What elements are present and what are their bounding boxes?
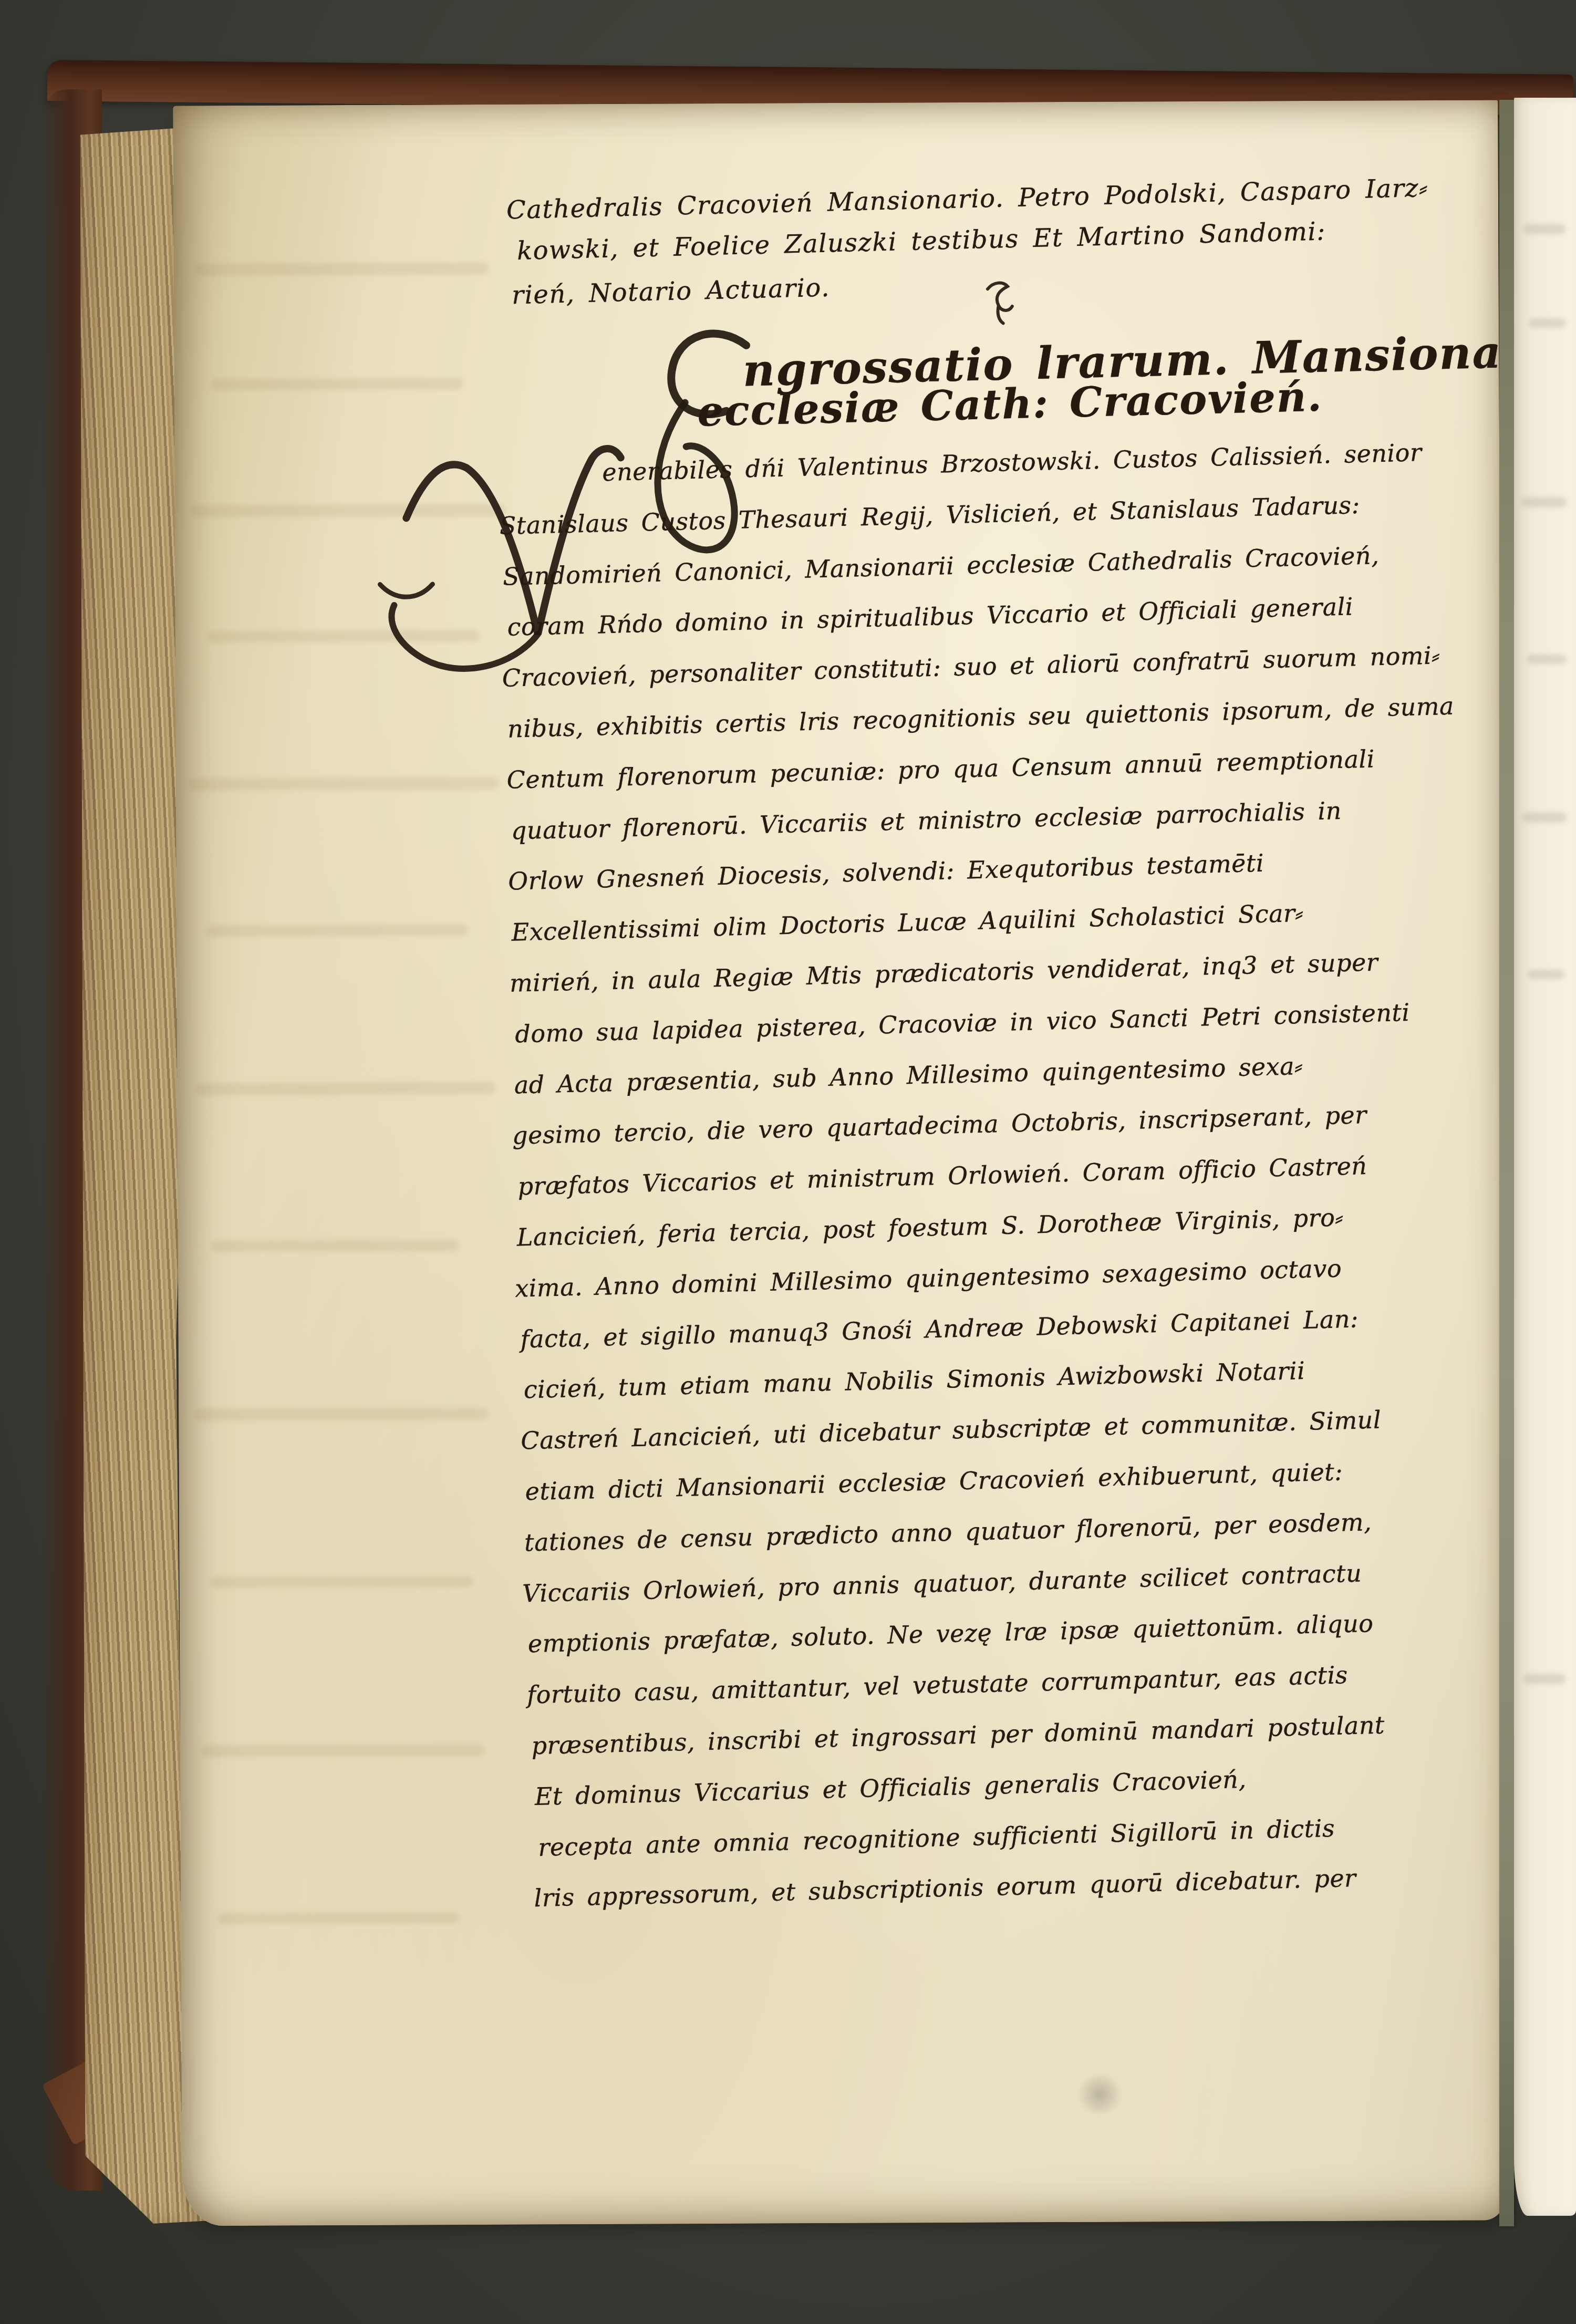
photo-of-open-manuscript-book: { "document": { "kind": "handwritten man…: [0, 0, 1576, 2324]
body-line: domo sua lapidea pisterea, Cracoviæ in v…: [515, 1000, 1410, 1046]
body-line: ad Acta præsentia, sub Anno Millesimo qu…: [514, 1054, 1303, 1097]
next-page-sliver: [1514, 98, 1576, 2216]
body-line: tationes de censu prædicto anno quatuor …: [524, 1510, 1372, 1554]
body-line: Centum florenorum pecuniæ: pro qua Censu…: [506, 746, 1375, 792]
header-line: rień, Notario Actuario.: [511, 275, 830, 308]
bleed-through: [1522, 812, 1567, 823]
paragraph-mark: [980, 279, 1018, 327]
body-line: nibus, exhibitis certis lris recognition…: [507, 694, 1455, 741]
bleed-through: [1523, 224, 1565, 234]
bleed-through: [1528, 970, 1564, 979]
body-line: facta, et sigillo manuq3 Gnośi Andreæ De…: [520, 1306, 1359, 1351]
body-line: mirień, in aula Regiæ Mtis prædicatoris …: [509, 950, 1378, 995]
body-line: etiam dicti Mansionarii ecclesiæ Cracovi…: [525, 1459, 1343, 1503]
body-line: Lancicień, feria tercia, post foestum S.…: [516, 1205, 1343, 1249]
bleed-through: [1523, 1674, 1565, 1684]
bleed-through: [1527, 655, 1567, 664]
body-line: Excellentissimi olim Doctoris Lucæ Aquil…: [511, 901, 1304, 945]
body-line: xima. Anno domini Millesimo quingentesim…: [515, 1256, 1342, 1300]
body-line: recepta ante omnia recognitione sufficie…: [538, 1816, 1335, 1860]
header-line: kowski, et Foelice Zaluszki testibus Et …: [516, 219, 1326, 264]
body-line: emptionis præfatæ, soluto. Ne vezę lræ i…: [527, 1611, 1374, 1656]
body-line: gesimo tercio, die vero quartadecima Oct…: [512, 1103, 1367, 1148]
bleed-through: [1521, 497, 1567, 507]
body-line: præsentibus, inscribi et ingrossari per …: [531, 1713, 1385, 1758]
header-line: Cathedralis Cracovień Mansionario. Petro…: [506, 175, 1429, 223]
body-line: præfatos Viccarios et ministrum Orlowień…: [517, 1154, 1367, 1199]
body-line: fortuito casu, amittantur, vel vetustate…: [527, 1663, 1349, 1707]
body-line: Et dominus Viccarius et Officialis gener…: [534, 1767, 1247, 1809]
body-line: lris appressorum, et subscriptionis eoru…: [534, 1866, 1356, 1910]
gutter-shadow-strip: [1499, 100, 1514, 2226]
smudge-stain: [1075, 2075, 1125, 2114]
body-line: Orlow Gnesneń Diocesis, solvendi: Exequt…: [508, 851, 1264, 894]
body-line: Viccariis Orlowień, pro annis quatuor, d…: [522, 1561, 1362, 1605]
page-text: Cathedralis Cracovień Mansionario. Petro…: [152, 74, 1528, 2226]
body-line: quatuor florenorū. Viccariis et ministro…: [511, 798, 1342, 843]
manuscript-page: Cathedralis Cracovień Mansionario. Petro…: [173, 100, 1507, 2226]
body-line: cicień, tum etiam manu Nobilis Simonis A…: [523, 1358, 1305, 1402]
body-line: Castreń Lancicień, uti dicebatur subscri…: [521, 1407, 1382, 1452]
bleed-through: [1529, 318, 1565, 328]
